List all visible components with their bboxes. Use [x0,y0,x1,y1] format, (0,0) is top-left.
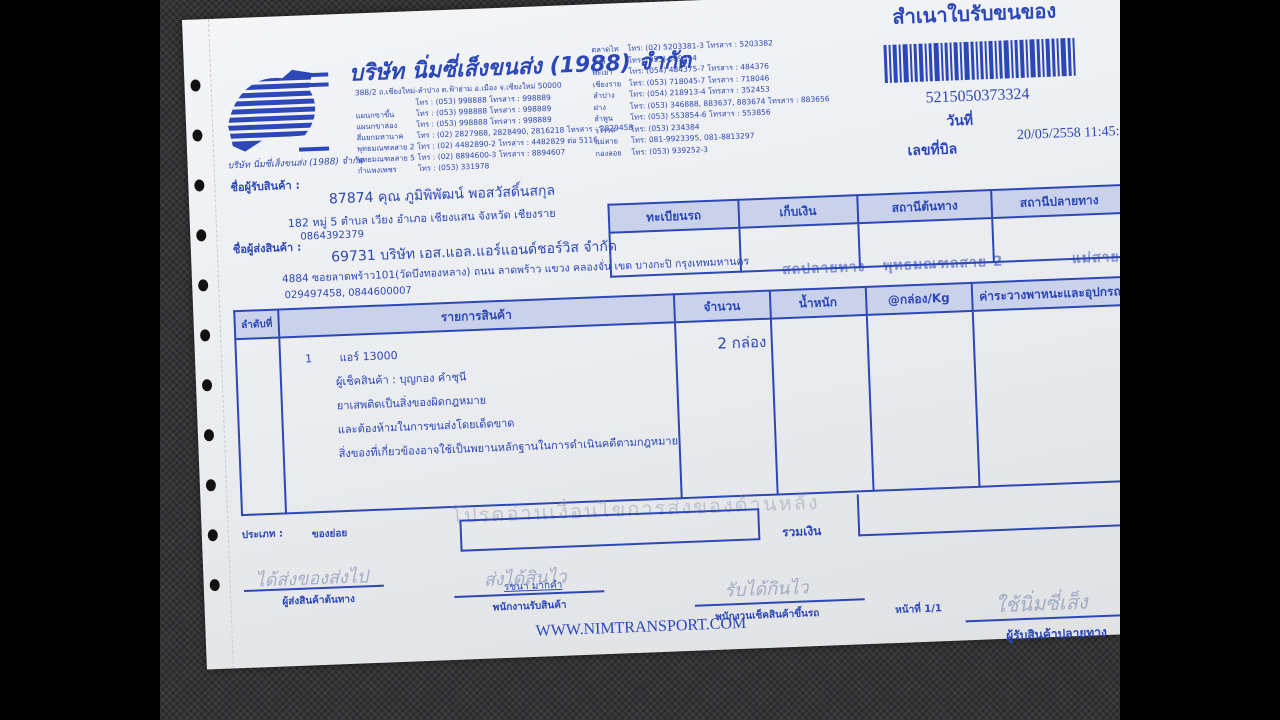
items-header-quantity: จำนวน [673,291,770,323]
item-weight [770,315,873,495]
item-quantity: 2 กล่อง [674,319,777,499]
barcode-number: 5215050373324 [925,86,1030,108]
items-header-no: ลำดับที่ [234,310,279,340]
perforation-hole [202,379,212,391]
total-amount-box [857,483,1120,536]
receiver-phone: 0864392379 [300,229,364,242]
document-title: สำเนาใบรับขนของ [892,0,1057,33]
perforation-hole [194,179,204,191]
type-value: ของย่อย [312,526,348,542]
table-row: 1 แอร์ 13000 ผู้เช็คสินค้า : บุญกอง คำชุ… [235,305,1120,515]
bill-number-label: เลขที่บิล [907,138,957,162]
date-value: 20/05/2558 11:45:3 [1017,124,1120,144]
date-label: วันที่ [946,110,973,133]
branch-list-right: ตลาดไทโทร: (02) 5203381-3 โทรสาร : 52033… [591,35,831,159]
perforation-hole [200,329,210,341]
items-table: ลำดับที่ รายการสินค้า จำนวน น้ำหนัก @กล่… [233,276,1120,516]
item-charge [972,305,1120,487]
items-header-weight: น้ำหนัก [769,287,866,319]
total-label: รวมเงิน [782,522,822,542]
perforation-hole [192,129,202,141]
items-header-unit-price: @กล่อง/Kg [865,283,972,315]
item-description: แอร์ 13000 [339,349,398,364]
route-plate [609,228,740,277]
sender-label: ชื่อผู้ส่งสินค้า : [232,238,301,259]
photo-background: บริษัท นิ่มซี่เส็งขนส่ง (1988) จำกัด บริ… [160,0,1120,720]
item-number: 1 [305,352,312,365]
receiver-address: 182 หมู่ 5 ตำบล เวียง อำเภอ เชียงแสน จัง… [288,204,556,232]
region-stamp: แม่สาย [1071,246,1120,270]
company-logo-icon [222,62,335,158]
barcode-icon [883,38,1075,83]
page-number: หน้าที่ 1/1 [895,601,942,618]
perforation-hole [204,429,214,441]
waybill-document: บริษัท นิ่มซี่เส็งขนส่ง (1988) จำกัด บริ… [182,0,1120,670]
perforation-hole [190,79,200,91]
signature-role-sender: ผู้ส่งสินค้าต้นทาง [282,592,355,610]
item-unit-price [866,311,979,491]
perforation-hole [208,529,218,541]
signature-stamp-checker: รับได้กินไว [724,572,809,604]
perforation-hole [196,229,206,241]
website-url: WWW.NIMTRANSPORT.COM [535,615,746,641]
perforation-hole [206,479,216,491]
sender-phone: 029497458, 0844600007 [284,285,412,301]
signature-role-recipient: ผู้รับสินค้าปลายทาง [1006,623,1107,646]
type-label: ประเภท : [242,527,284,544]
signature-role-receiver-staff: พนักงานรับสินค้า [493,598,567,616]
perforation-hole [209,579,219,591]
perforation-hole [198,279,208,291]
receiver-label: ชื่อผู้รับสินค้า : [230,176,300,197]
